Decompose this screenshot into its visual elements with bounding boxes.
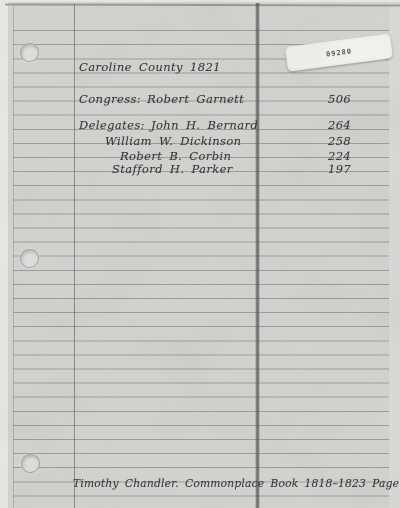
punch-hole-top xyxy=(20,43,39,62)
delegate-name: John H. Bernard xyxy=(151,118,258,132)
congress-entry: Congress:Robert Garnett xyxy=(79,93,244,106)
congress-label: Congress: xyxy=(79,92,141,106)
delegates-label: Delegates: xyxy=(79,118,145,132)
scanned-notebook-page: 09280 Caroline County 1821 Congress:Robe… xyxy=(0,0,400,508)
delegate-votes: 264 xyxy=(328,119,351,132)
source-citation: Timothy Chandler. Commonplace Book 1818–… xyxy=(73,477,400,490)
delegate-votes: 197 xyxy=(328,163,351,176)
ruled-lines xyxy=(13,17,389,508)
punch-hole-middle xyxy=(20,249,39,268)
congress-name: Robert Garnett xyxy=(147,92,244,106)
delegate-name: Stafford H. Parker xyxy=(112,163,233,176)
punch-hole-bottom xyxy=(21,454,40,473)
catalog-number: 09280 xyxy=(326,47,353,58)
paper-right-margin xyxy=(389,3,400,508)
page-title: Caroline County 1821 xyxy=(79,61,221,74)
delegate-name: William W. Dickinson xyxy=(105,135,242,148)
delegate-entry: Delegates:John H. Bernard xyxy=(79,119,258,132)
congress-votes: 506 xyxy=(328,93,351,106)
margin-line xyxy=(74,4,75,508)
delegate-votes: 258 xyxy=(328,135,351,148)
center-fold-shadow xyxy=(255,3,260,508)
